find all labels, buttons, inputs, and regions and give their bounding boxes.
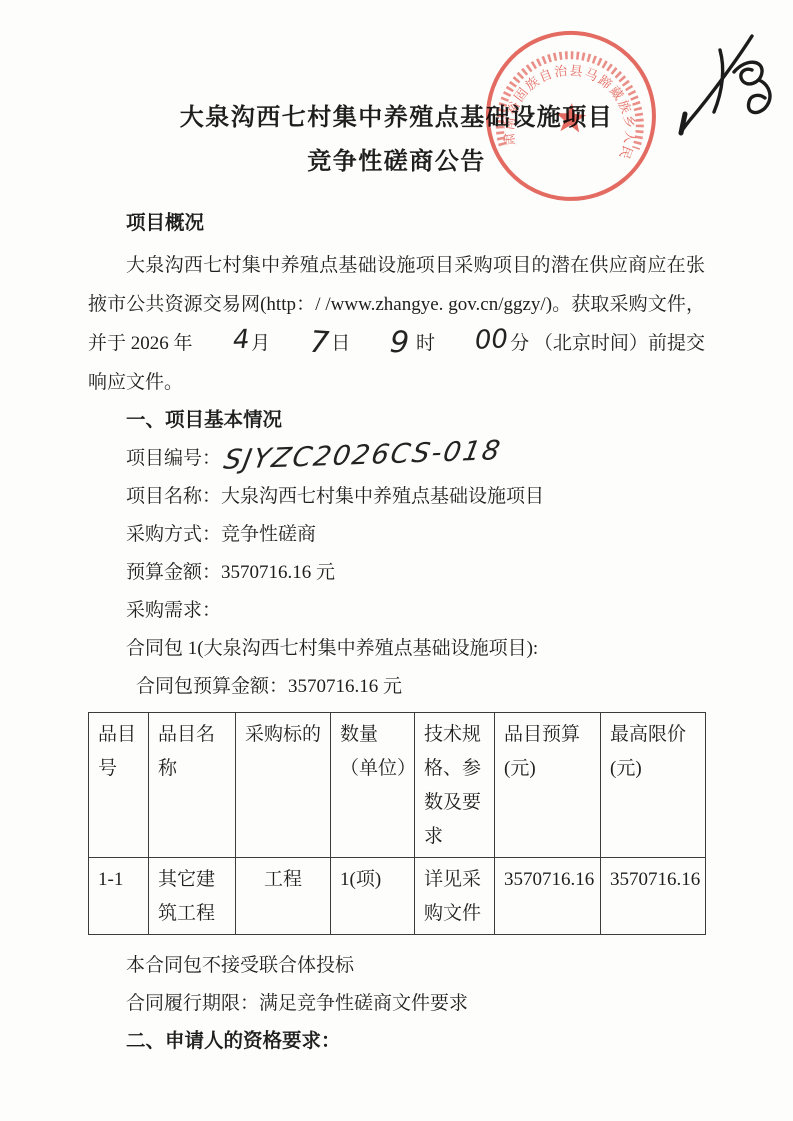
info-line-requirement: 采购需求： bbox=[88, 592, 705, 630]
field-value: 3570716.16 元 bbox=[288, 676, 402, 697]
overview-heading: 项目概况 bbox=[88, 205, 705, 243]
info-line-contract-package: 合同包 1(大泉沟西七村集中养殖点基础设施项目): bbox=[88, 630, 705, 668]
section2-heading: 二、申请人的资格要求： bbox=[88, 1023, 705, 1061]
col-header-quantity: 数量（单位） bbox=[331, 713, 415, 858]
col-header-item-name: 品目名称 bbox=[149, 713, 236, 858]
overview-paragraph: 大泉沟西七村集中养殖点基础设施项目采购项目的潜在供应商应在张掖市公共资源交易网(… bbox=[88, 246, 705, 402]
field-label: 合同包预算金额： bbox=[136, 676, 288, 697]
cell-price-limit: 3570716.16 bbox=[601, 858, 706, 935]
cell-item-name: 其它建筑工程 bbox=[149, 858, 236, 935]
col-header-subject: 采购标的 bbox=[236, 713, 331, 858]
field-label: 预算金额： bbox=[126, 562, 221, 583]
section1-heading: 一、项目基本情况 bbox=[88, 402, 705, 440]
day-label: 日 bbox=[331, 333, 350, 354]
col-header-item-budget: 品目预算(元) bbox=[495, 713, 601, 858]
handwritten-minute: 00 bbox=[437, 339, 508, 343]
hour-label: 时 bbox=[411, 333, 435, 354]
info-line-project-name: 项目名称：大泉沟西七村集中养殖点基础设施项目 bbox=[88, 478, 705, 516]
table-header-row: 品目号 品目名称 采购标的 数量（单位） 技术规格、参数及要求 品目预算(元) … bbox=[89, 713, 706, 858]
table-row: 1-1 其它建筑工程 工程 1(项) 详见采购文件 3570716.16 357… bbox=[89, 858, 706, 935]
month-label: 月 bbox=[251, 333, 270, 354]
field-value: 3570716.16 元 bbox=[221, 562, 335, 583]
field-label: 项目编号： bbox=[126, 448, 221, 469]
handwritten-hour: 9 bbox=[352, 340, 409, 344]
field-value: 大泉沟西七村集中养殖点基础设施项目 bbox=[221, 486, 544, 507]
col-header-spec: 技术规格、参数及要求 bbox=[415, 713, 495, 858]
field-label: 合同包 1(大泉沟西七村集中养殖点基础设施项目): bbox=[126, 638, 538, 659]
info-line-procurement-method: 采购方式：竞争性磋商 bbox=[88, 516, 705, 554]
cell-subject: 工程 bbox=[236, 858, 331, 935]
signature-scribble bbox=[662, 30, 780, 140]
document-body: 项目概况 大泉沟西七村集中养殖点基础设施项目采购项目的潜在供应商应在张掖市公共资… bbox=[0, 205, 793, 1061]
document-page: 肃南裕固族自治县马蹄藏族乡人民政府 大泉沟西七村集中养殖点基础设施项目 竞争性磋… bbox=[0, 0, 793, 1121]
field-label: 项目名称： bbox=[126, 486, 221, 507]
cell-item-no: 1-1 bbox=[89, 858, 149, 935]
info-line-package-budget: 合同包预算金额：3570716.16 元 bbox=[88, 668, 705, 706]
col-header-item-no: 品目号 bbox=[89, 713, 149, 858]
cell-spec: 详见采购文件 bbox=[415, 858, 495, 935]
handwritten-month: 4 bbox=[195, 340, 249, 343]
field-label: 采购方式： bbox=[126, 524, 221, 545]
col-header-price-limit: 最高限价(元) bbox=[601, 713, 706, 858]
note-contract-period: 合同履行期限：满足竞争性磋商文件要求 bbox=[88, 985, 705, 1023]
cell-item-budget: 3570716.16 bbox=[495, 858, 601, 935]
info-line-budget: 预算金额：3570716.16 元 bbox=[88, 554, 705, 592]
info-line-project-number: 项目编号：SJYZC2026CS-018 bbox=[88, 440, 705, 478]
field-value: 竞争性磋商 bbox=[221, 524, 316, 545]
title-line-2: 竞争性磋商公告 bbox=[0, 140, 793, 184]
items-table: 品目号 品目名称 采购标的 数量（单位） 技术规格、参数及要求 品目预算(元) … bbox=[88, 712, 706, 935]
field-label: 采购需求： bbox=[126, 600, 221, 621]
note-no-consortium: 本合同包不接受联合体投标 bbox=[88, 947, 705, 985]
cell-quantity: 1(项) bbox=[331, 858, 415, 935]
handwritten-project-number: SJYZC2026CS-018 bbox=[224, 451, 501, 461]
handwritten-day: 7 bbox=[272, 340, 329, 344]
